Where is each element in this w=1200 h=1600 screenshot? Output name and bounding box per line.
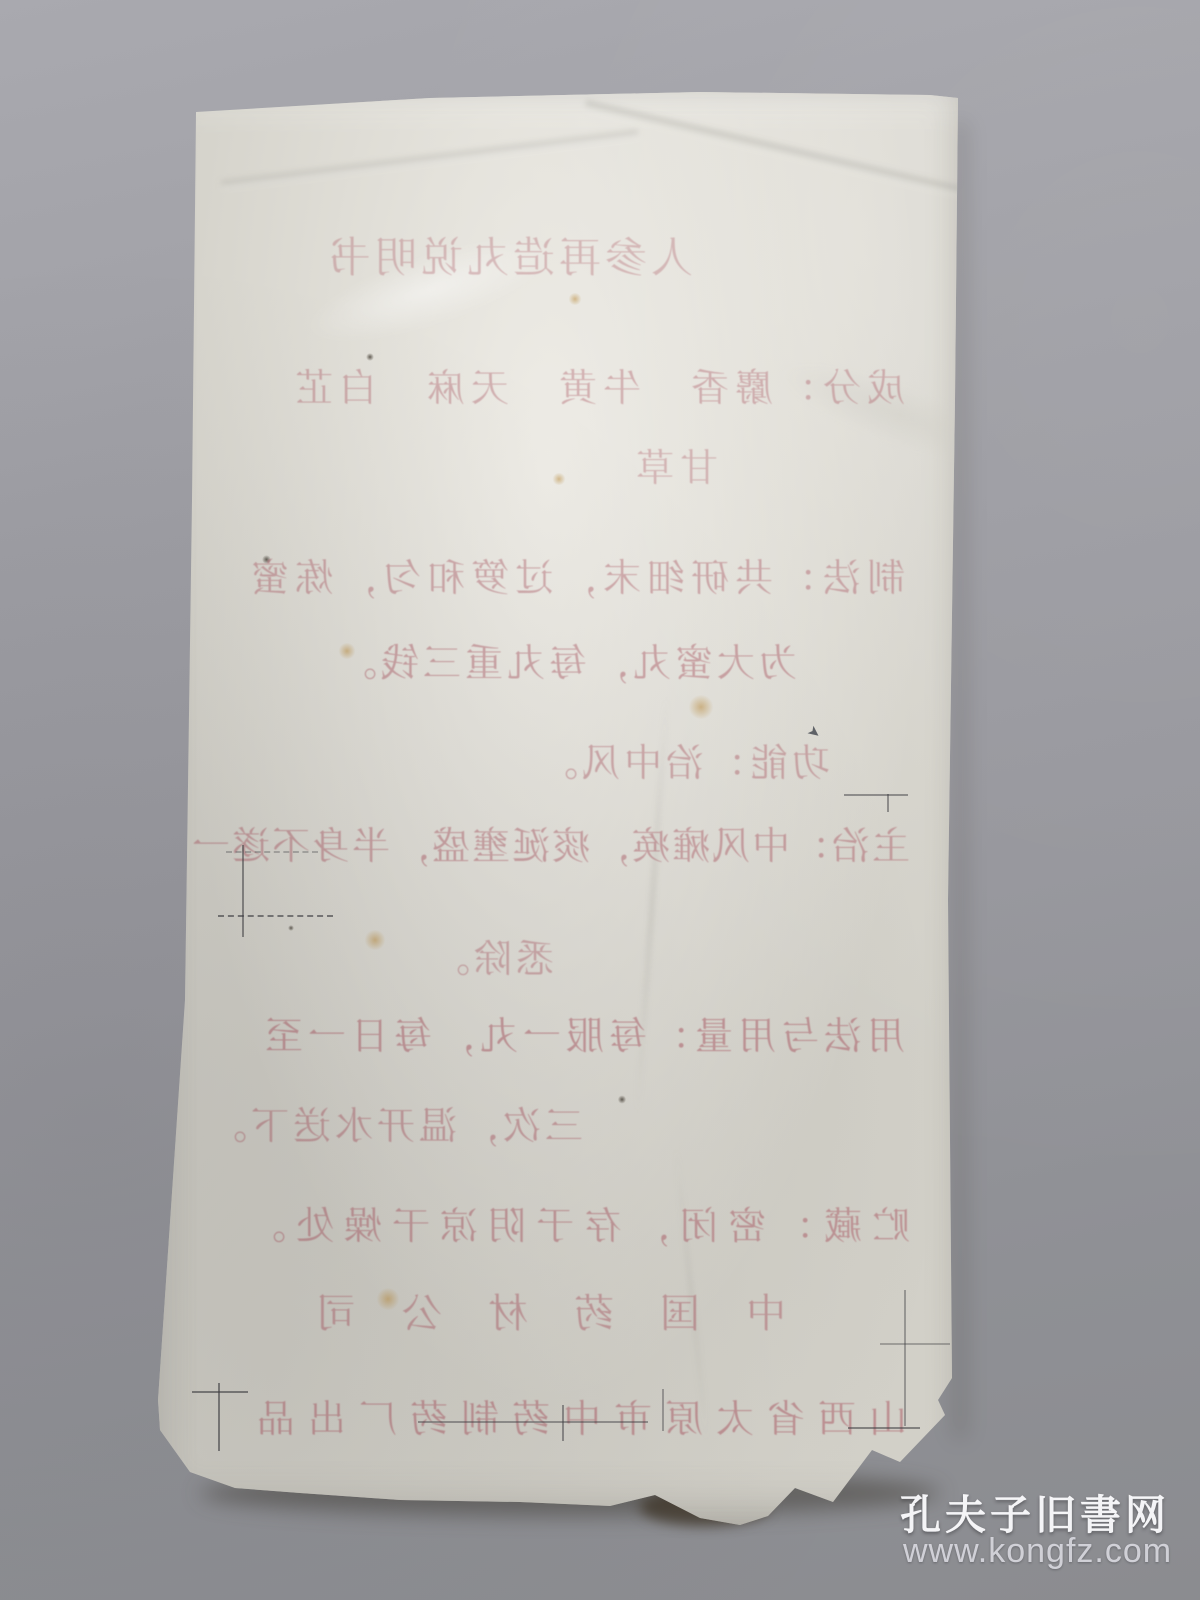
- leaflet-indication-mirrored: 主治：中风瘫痪，痰涎壅盛，半身不遂一: [200, 815, 910, 870]
- foxing-spot: [688, 695, 714, 719]
- photo-of-leaflet: 人参再造丸说明书 成分：麝香 牛黄 天麻 白芷 甘草 制法：共研细末，过箩和匀，…: [0, 0, 1200, 1600]
- leaflet-method-mirrored: 制法：共研细末，过箩和匀，炼蜜: [215, 547, 905, 602]
- paper-sheet: 人参再造丸说明书 成分：麝香 牛黄 天麻 白芷 甘草 制法：共研细末，过箩和匀，…: [150, 85, 980, 1535]
- leaflet-storage-mirrored: 贮藏：密闭，存于阴凉干燥处。: [210, 1195, 910, 1250]
- crease: [584, 100, 976, 200]
- registration-mark: [844, 794, 908, 796]
- leaflet-method2-mirrored: 为大蜜丸，每丸重三钱。: [335, 632, 797, 687]
- foxing-spot: [552, 473, 566, 485]
- watermark-site-url: www.kongfz.com: [903, 1532, 1183, 1571]
- leaflet-ingredients2-mirrored: 甘草: [630, 437, 718, 492]
- crease: [221, 129, 639, 189]
- registration-mark: [887, 794, 889, 812]
- leaflet-manufacturer-mirrored: 山西省太原市中药制药厂出品: [212, 1388, 907, 1443]
- registration-mark: [880, 1343, 950, 1345]
- leaflet-function-mirrored: 功能：治中风。: [385, 732, 830, 787]
- foxing-spot: [364, 930, 386, 950]
- leaflet-indication2-mirrored: 悉除。: [428, 928, 554, 983]
- leaflet-company-mirrored: 中国药材公司: [270, 1282, 786, 1339]
- leaflet-dosage-mirrored: 用法与用量：每服一丸，每日一至: [215, 1005, 905, 1060]
- registration-mark: [218, 915, 333, 917]
- foxing-spot: [568, 293, 582, 305]
- dark-speck: [288, 925, 294, 931]
- leaflet-dosage2-mirrored: 三次，温开水送下。: [205, 1095, 583, 1150]
- leaflet-ingredients-mirrored: 成分：麝香 牛黄 天麻 白芷: [215, 357, 905, 412]
- dark-speck: [618, 1095, 626, 1104]
- leaflet-title-mirrored: 人参再造丸说明书: [325, 225, 693, 285]
